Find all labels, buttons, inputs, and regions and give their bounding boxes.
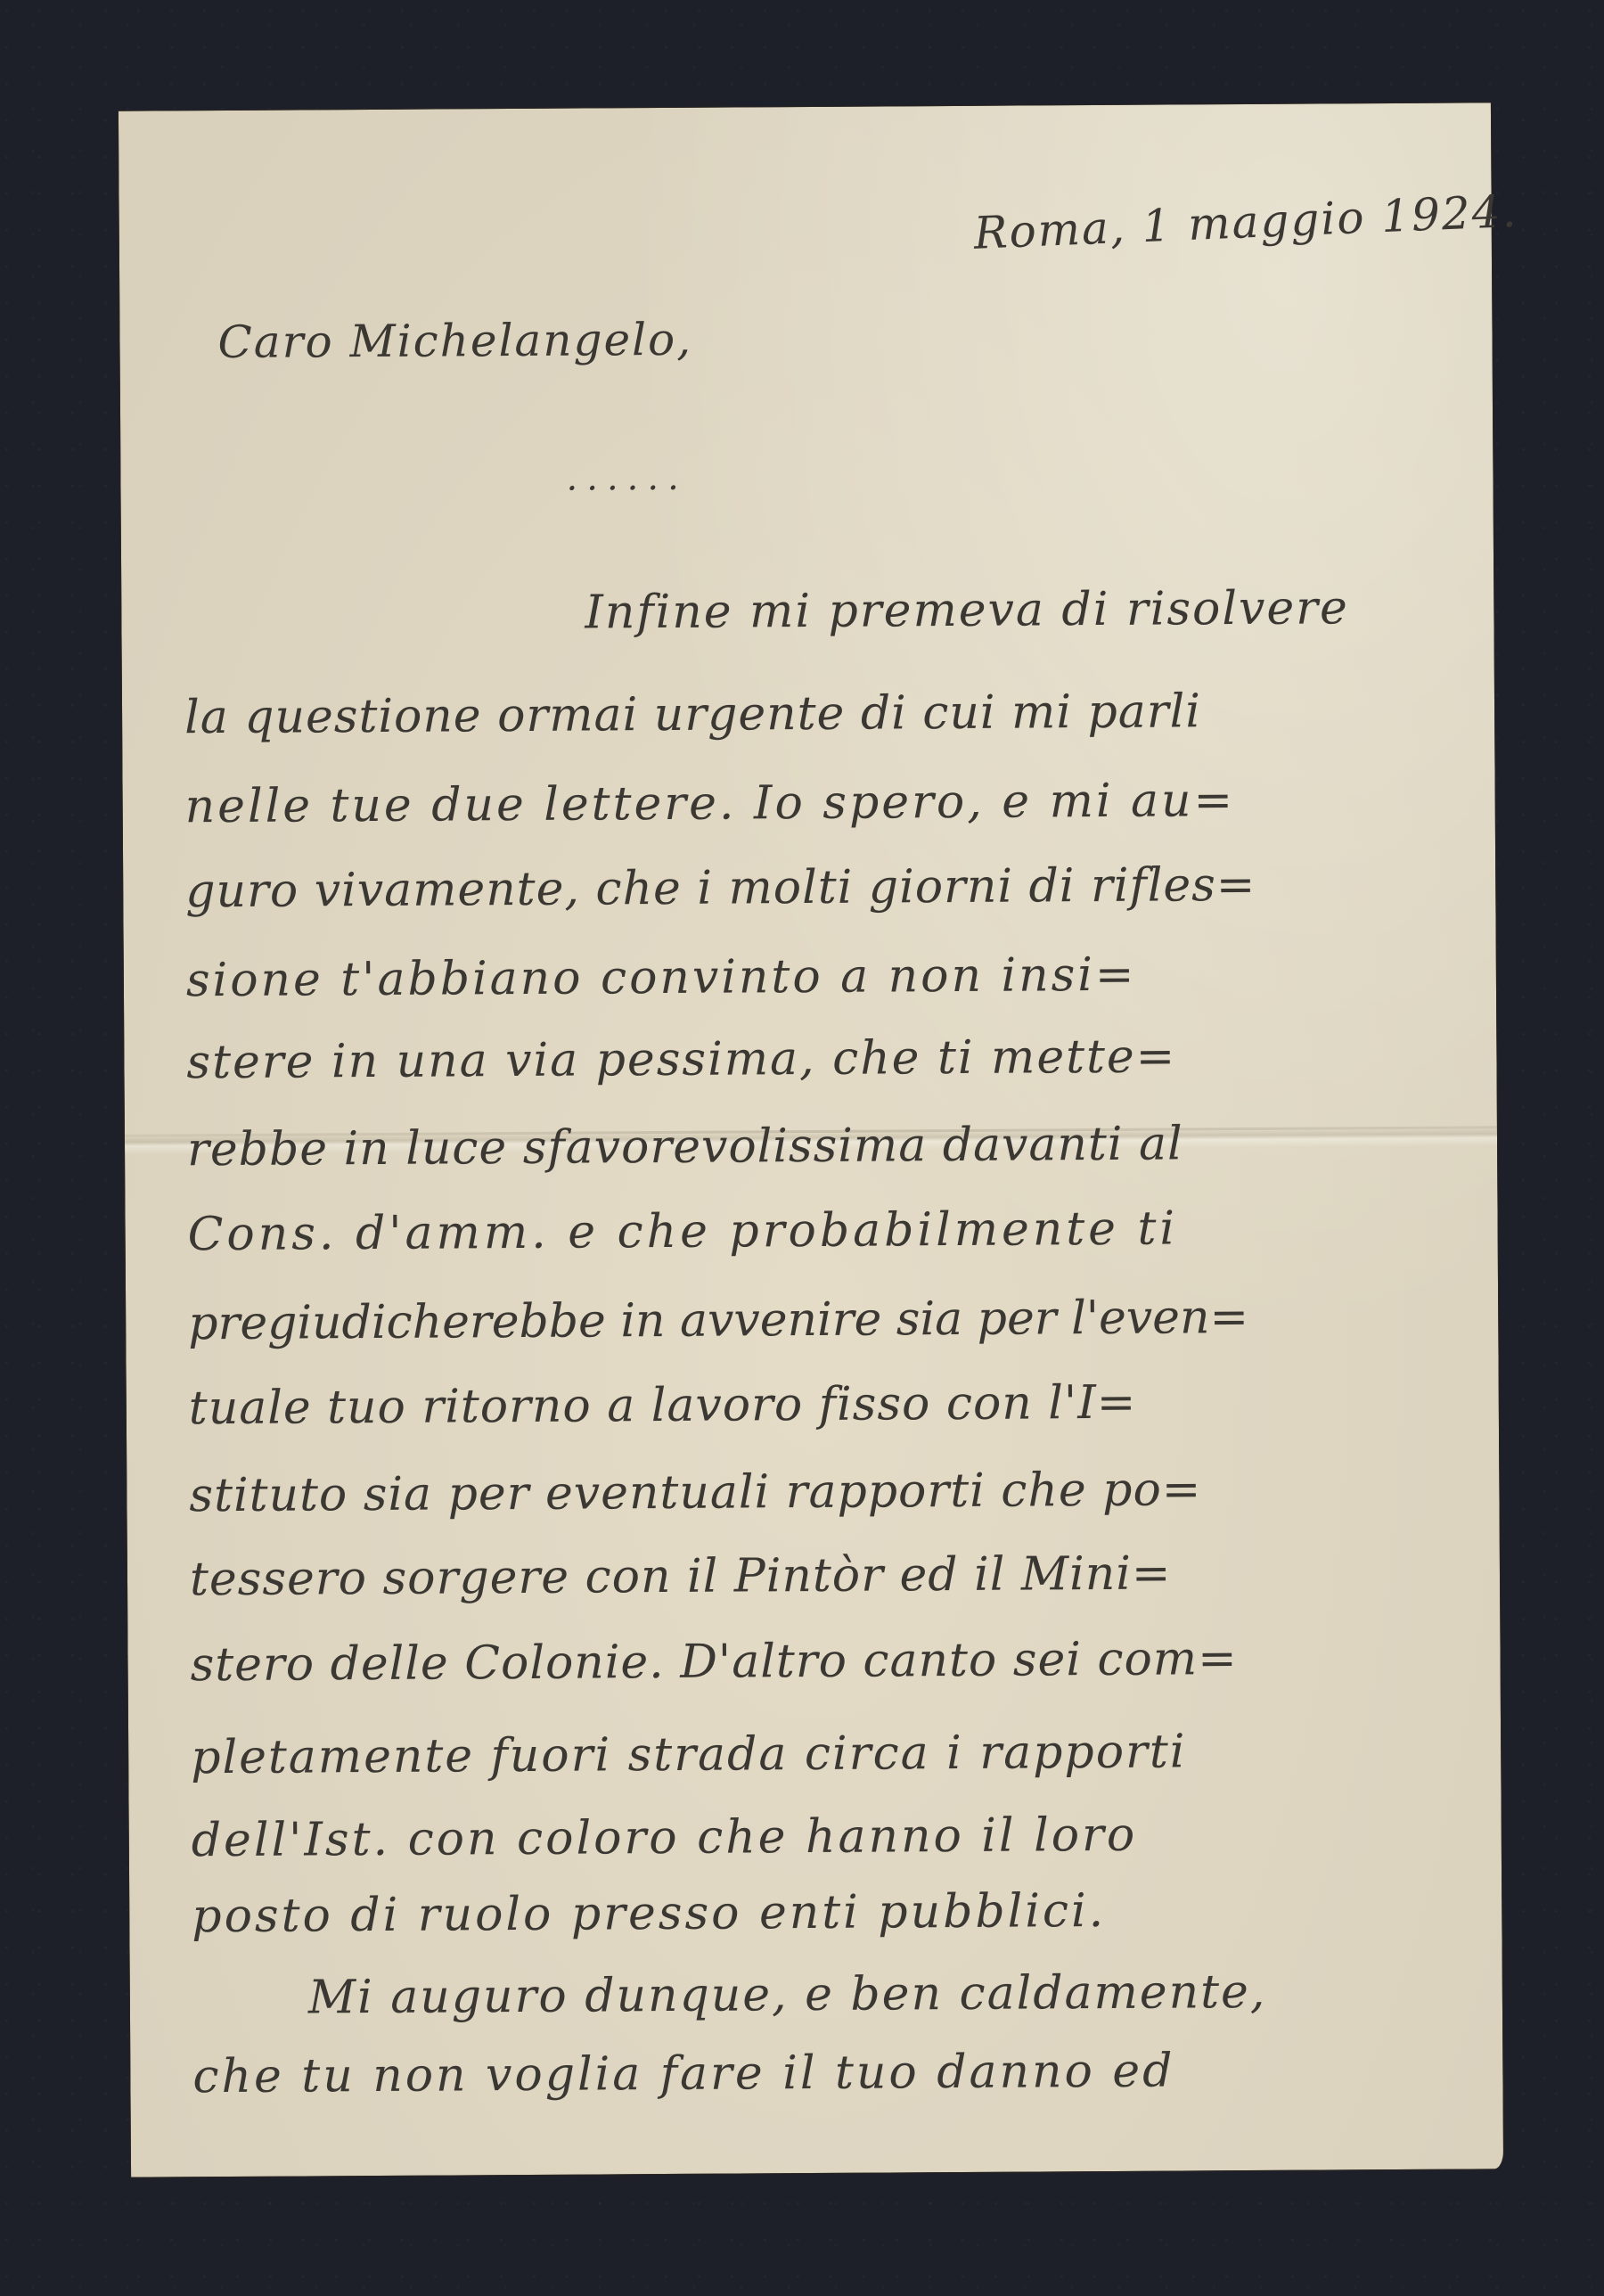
ellipsis: ......: [566, 460, 688, 496]
letter-sheet: Roma, 1 maggio 1924. Caro Michelangelo, …: [119, 102, 1503, 2177]
date-line: Roma, 1 maggio 1924.: [973, 189, 1518, 256]
letter-line: Cons. d'amm. e che probabilmente ti: [187, 1205, 1178, 1258]
letter-line: Mi auguro dunque, e ben caldamente,: [308, 1969, 1267, 2021]
letter-line: stere in una via pessima, che ti mette=: [186, 1033, 1176, 1086]
letter-line: Infine mi premeva di risolvere: [585, 585, 1349, 635]
letter-line: la questione ormai urgente di cui mi par…: [184, 688, 1201, 741]
letter-line: nelle tue due lettere. Io spero, e mi au…: [185, 777, 1236, 830]
letter-line: pregiudicherebbe in avvenire sia per l'e…: [188, 1294, 1248, 1347]
letter-line: stero delle Colonie. D'altro canto sei c…: [190, 1636, 1237, 1688]
letter-line: che tu non voglia fare il tuo danno ed: [192, 2048, 1174, 2101]
letter-line: dell'Ist. con coloro che hanno il loro: [192, 1812, 1138, 1864]
letter-line: tessero sorgere con il Pintòr ed il Mini…: [190, 1551, 1172, 1603]
letter-line: posto di ruolo presso enti pubblici.: [192, 1888, 1106, 1939]
letter-line: guro vivamente, che i molti giorni di ri…: [185, 862, 1256, 914]
letter-line: rebbe in luce sfavorevolissima davanti a…: [187, 1120, 1183, 1173]
letter-line: tuale tuo ritorno a lavoro fisso con l'I…: [189, 1380, 1137, 1431]
letter-line: sione t'abbiano convinto a non insi=: [186, 952, 1137, 1004]
salutation: Caro Michelangelo,: [217, 317, 692, 365]
letter-line: stituto sia per eventuali rapporti che p…: [189, 1466, 1201, 1519]
letter-line: pletamente fuori strada circa i rapporti: [191, 1728, 1187, 1781]
